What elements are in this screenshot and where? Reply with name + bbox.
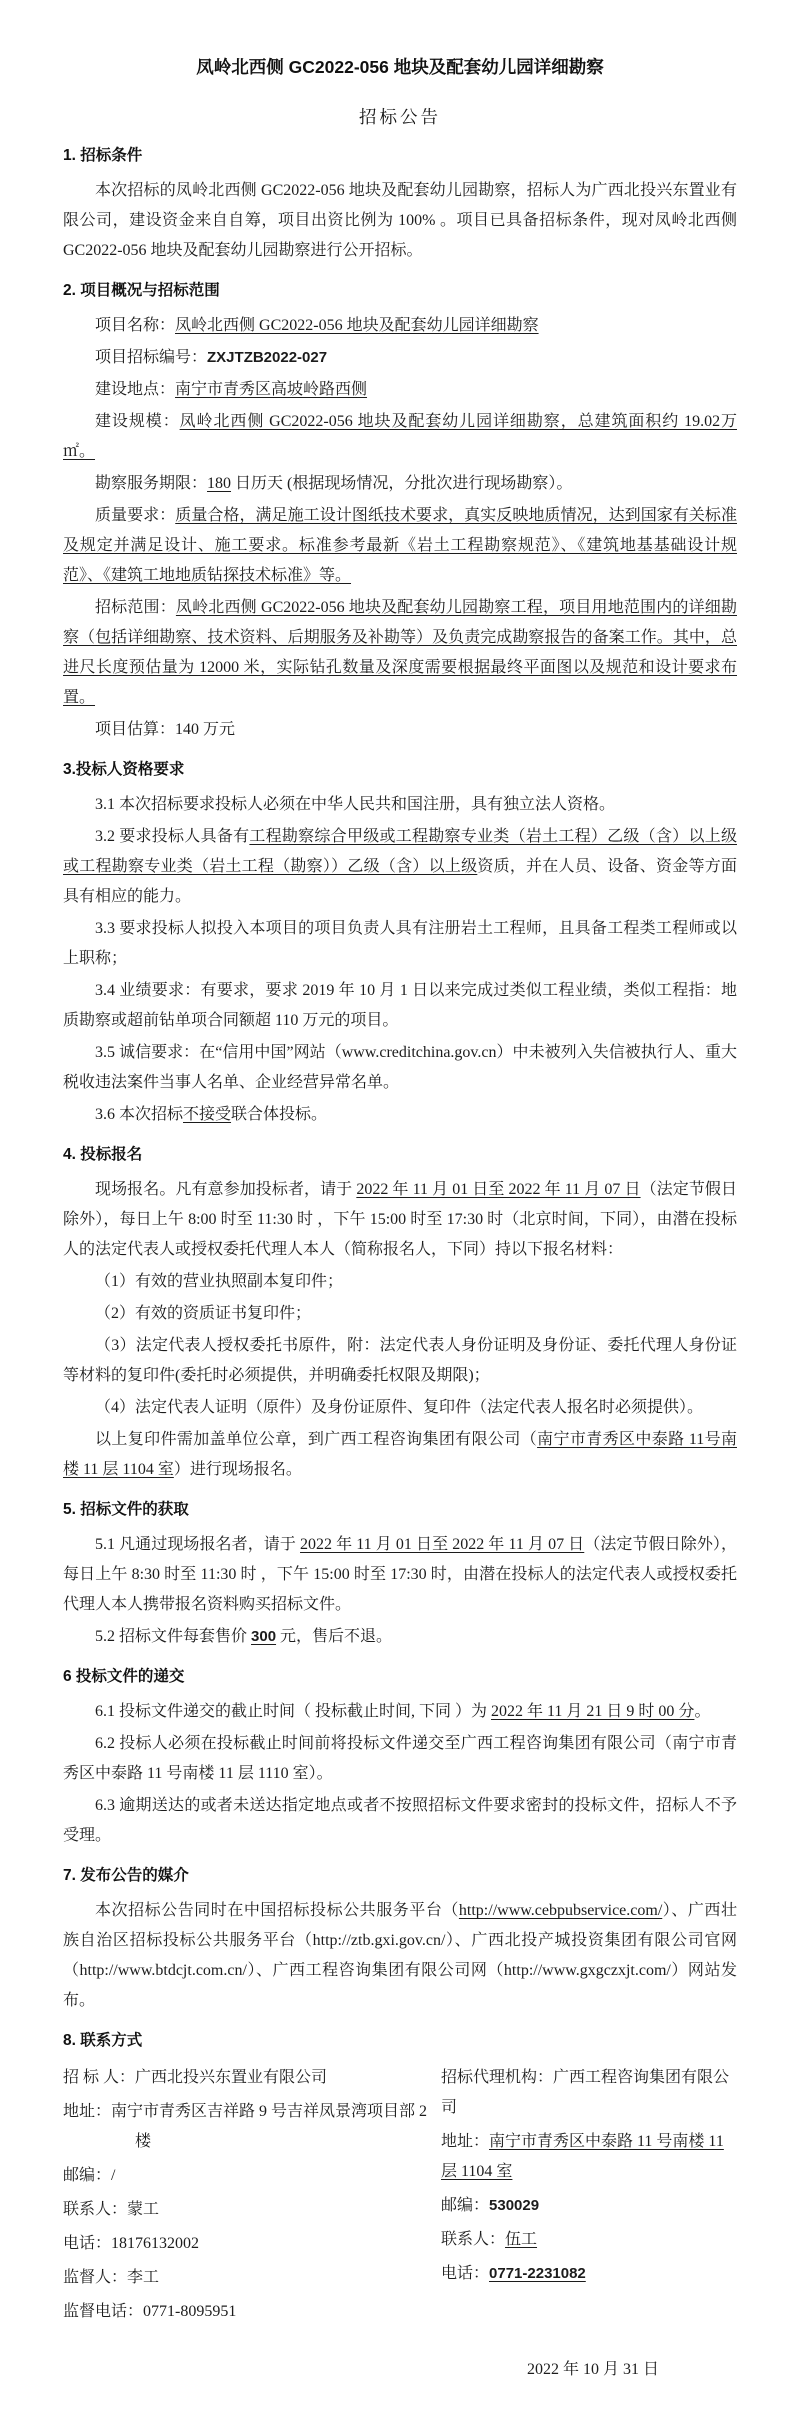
- period-row: 勘察服务期限：180 日历天 (根据现场情况，分批次进行现场勘察）。: [63, 469, 737, 499]
- section-8-heading: 8. 联系方式: [63, 2029, 737, 2053]
- bidder-value: 广西北投兴东置业有限公司: [135, 2069, 327, 2086]
- document-subtitle: 招标公告: [63, 104, 737, 130]
- quality-row: 质量要求：质量合格，满足施工设计图纸技术要求，真实反映地质情况，达到国家有关标准…: [63, 501, 737, 591]
- clause-3-1: 3.1 本次招标要求投标人必须在中华人民共和国注册，具有独立法人资格。: [63, 790, 737, 820]
- clause-6-1-rest: 。: [694, 1703, 710, 1720]
- tender-announcement-document: 凤岭北西侧 GC2022-056 地块及配套幼儿园详细勘察 招标公告 1. 招标…: [0, 0, 800, 2425]
- agency-phone-row: 电话：0771-2231082: [441, 2259, 737, 2289]
- estimate-row: 项目估算：140 万元: [63, 715, 737, 745]
- bidder-zip-label: 邮编：: [63, 2167, 111, 2184]
- project-name-label: 项目名称：: [95, 317, 175, 334]
- clause-3-6: 3.6 本次招标不接受联合体投标。: [63, 1100, 737, 1130]
- registration-address-paragraph: 以上复印件需加盖单位公章，到广西工程咨询集团有限公司（南宁市青秀区中泰路 11号…: [63, 1425, 737, 1485]
- agency-zip-label: 邮编：: [441, 2197, 489, 2214]
- scope-row: 招标范围：凤岭北西侧 GC2022-056 地块及配套幼儿园勘察工程，项目用地范…: [63, 593, 737, 713]
- clause-5-1: 5.1 凡通过现场报名者，请于 2022 年 11 月 01 日至 2022 年…: [63, 1530, 737, 1620]
- clause-5-1-lead: 5.1 凡通过现场报名者，请于: [95, 1536, 300, 1553]
- clause-3-5: 3.5 诚信要求：在“信用中国”网站（www.creditchina.gov.c…: [63, 1038, 737, 1098]
- period-label: 勘察服务期限：: [95, 475, 207, 492]
- section-3-heading: 3.投标人资格要求: [63, 758, 737, 782]
- clause-6-1-lead: 6.1 投标文件递交的截止时间（ 投标截止时间, 下同 ）为: [95, 1703, 491, 1720]
- bidder-phone-label: 电话：: [63, 2235, 111, 2252]
- clause-3-2: 3.2 要求投标人具备有工程勘察综合甲级或工程勘察专业类（岩土工程）乙级（含）以…: [63, 822, 737, 912]
- site-value: 南宁市青秀区高坡岭路西侧: [175, 381, 367, 398]
- agency-row: 招标代理机构：广西工程咨询集团有限公司: [441, 2063, 737, 2123]
- agency-zip-value: 530029: [489, 2197, 539, 2214]
- registration-date-range: 2022 年 11 月 01 日至 2022 年 11 月 07 日: [356, 1181, 640, 1198]
- document-date: 2022 年 10 月 31 日: [63, 2355, 737, 2385]
- clause-3-3: 3.3 要求投标人拟投入本项目的项目负责人具有注册岩土工程师，且具备工程类工程师…: [63, 914, 737, 974]
- site-label: 建设地点：: [95, 381, 175, 398]
- scale-label: 建设规模：: [95, 413, 180, 430]
- bidder-phone-row: 电话：18176132002: [63, 2229, 431, 2259]
- agency-phone-label: 电话：: [441, 2265, 489, 2282]
- quality-label: 质量要求：: [95, 507, 175, 524]
- clause-6-2: 6.2 投标人必须在投标截止时间前将投标文件递交至广西工程咨询集团有限公司（南宁…: [63, 1729, 737, 1789]
- material-item-1: （1）有效的营业执照副本复印件；: [63, 1267, 737, 1297]
- supervisor-label: 监督人：: [63, 2269, 127, 2286]
- site-row: 建设地点：南宁市青秀区高坡岭路西侧: [63, 375, 737, 405]
- clause-3-6-rest: 联合体投标。: [231, 1106, 327, 1123]
- registration-address-lead: 以上复印件需加盖单位公章，到广西工程咨询集团有限公司（: [95, 1431, 537, 1448]
- section-1-paragraph: 本次招标的凤岭北西侧 GC2022-056 地块及配套幼儿园勘察，招标人为广西北…: [63, 176, 737, 266]
- submission-deadline-value: 2022 年 11 月 21 日 9 时 00 分: [491, 1703, 694, 1720]
- supervisor-phone-value: 0771-8095951: [143, 2303, 236, 2320]
- material-item-2: （2）有效的资质证书复印件；: [63, 1299, 737, 1329]
- agency-contact-value: 伍工: [505, 2231, 537, 2248]
- bidder-address-label: 地址：: [63, 2103, 111, 2120]
- section-7-heading: 7. 发布公告的媒介: [63, 1864, 737, 1888]
- supervisor-row: 监督人：李工: [63, 2263, 431, 2293]
- section-2-heading: 2. 项目概况与招标范围: [63, 279, 737, 303]
- bidder-contact-value: 蒙工: [127, 2201, 159, 2218]
- clause-5-2-rest: 元，售后不退。: [276, 1628, 392, 1645]
- bidder-contact-column: 招 标 人：广西北投兴东置业有限公司 地址：南宁市青秀区吉祥路 9 号吉祥凤景湾…: [63, 2063, 431, 2331]
- agency-zip-row: 邮编：530029: [441, 2191, 737, 2221]
- clause-3-6-lead: 3.6 本次招标: [95, 1106, 183, 1123]
- bidder-address-row: 地址：南宁市青秀区吉祥路 9 号吉祥凤景湾项目部 2 楼: [63, 2097, 431, 2157]
- clause-5-2: 5.2 招标文件每套售价 300 元，售后不退。: [63, 1622, 737, 1652]
- project-code-label: 项目招标编号：: [95, 349, 207, 366]
- material-item-4: （4）法定代表人证明（原件）及身份证原件、复印件（法定代表人报名时必须提供）。: [63, 1393, 737, 1423]
- section-5-heading: 5. 招标文件的获取: [63, 1498, 737, 1522]
- bidder-address-value: 南宁市青秀区吉祥路 9 号吉祥凤景湾项目部 2 楼: [111, 2103, 427, 2150]
- cebpubservice-link[interactable]: http://www.cebpubservice.com/: [459, 1902, 662, 1919]
- registration-address-rest: ）进行现场报名。: [174, 1461, 302, 1478]
- registration-lead: 现场报名。凡有意参加投标者，请于: [95, 1181, 356, 1198]
- bidder-zip-row: 邮编：/: [63, 2161, 431, 2191]
- contact-block: 招 标 人：广西北投兴东置业有限公司 地址：南宁市青秀区吉祥路 9 号吉祥凤景湾…: [63, 2063, 737, 2331]
- agency-phone-value: 0771-2231082: [489, 2265, 586, 2282]
- bidder-contact-row: 联系人：蒙工: [63, 2195, 431, 2225]
- clause-6-3: 6.3 逾期送达的或者未送达指定地点或者不按照招标文件要求密封的投标文件，招标人…: [63, 1791, 737, 1851]
- agency-address-row: 地址：南宁市青秀区中泰路 11 号南楼 11 层 1104 室: [441, 2127, 737, 2187]
- scale-row: 建设规模：凤岭北西侧 GC2022-056 地块及配套幼儿园详细勘察，总建筑面积…: [63, 407, 737, 467]
- supervisor-phone-row: 监督电话：0771-8095951: [63, 2297, 431, 2327]
- section-4-heading: 4. 投标报名: [63, 1143, 737, 1167]
- bidder-contact-label: 联系人：: [63, 2201, 127, 2218]
- agency-contact-label: 联系人：: [441, 2231, 505, 2248]
- section-6-heading: 6 投标文件的递交: [63, 1665, 737, 1689]
- bidder-zip-value: /: [111, 2167, 115, 2184]
- clause-3-4: 3.4 业绩要求：有要求，要求 2019 年 10 月 1 日以来完成过类似工程…: [63, 976, 737, 1036]
- bidder-phone-value: 18176132002: [111, 2235, 199, 2252]
- agency-address-label: 地址：: [441, 2133, 489, 2150]
- scope-label: 招标范围：: [95, 599, 176, 616]
- document-title: 凤岭北西侧 GC2022-056 地块及配套幼儿园详细勘察: [63, 54, 737, 80]
- period-rest: 日历天 (根据现场情况，分批次进行现场勘察）。: [231, 475, 572, 492]
- clause-6-1: 6.1 投标文件递交的截止时间（ 投标截止时间, 下同 ）为 2022 年 11…: [63, 1697, 737, 1727]
- clause-3-2-lead: 3.2 要求投标人具备有: [95, 828, 249, 845]
- project-name-row: 项目名称：凤岭北西侧 GC2022-056 地块及配套幼儿园详细勘察: [63, 311, 737, 341]
- agency-contact-column: 招标代理机构：广西工程咨询集团有限公司 地址：南宁市青秀区中泰路 11 号南楼 …: [441, 2063, 737, 2331]
- clause-5-2-lead: 5.2 招标文件每套售价: [95, 1628, 251, 1645]
- project-code-row: 项目招标编号：ZXJTZB2022-027: [63, 343, 737, 373]
- supervisor-phone-label: 监督电话：: [63, 2303, 143, 2320]
- media-paragraph: 本次招标公告同时在中国招标投标公共服务平台（http://www.cebpubs…: [63, 1896, 737, 2016]
- media-lead: 本次招标公告同时在中国招标投标公共服务平台（: [95, 1902, 459, 1919]
- material-item-3: （3）法定代表人授权委托书原件，附：法定代表人身份证明及身份证、委托代理人身份证…: [63, 1331, 737, 1391]
- bidder-row: 招 标 人：广西北投兴东置业有限公司: [63, 2063, 431, 2093]
- document-price-value: 300: [251, 1628, 276, 1645]
- agency-label: 招标代理机构：: [441, 2069, 553, 2086]
- bidder-label: 招 标 人：: [63, 2069, 135, 2086]
- project-code-value: ZXJTZB2022-027: [207, 349, 327, 366]
- clause-5-1-date-range: 2022 年 11 月 01 日至 2022 年 11 月 07 日: [300, 1536, 584, 1553]
- registration-paragraph: 现场报名。凡有意参加投标者，请于 2022 年 11 月 01 日至 2022 …: [63, 1175, 737, 1265]
- agency-contact-row: 联系人：伍工: [441, 2225, 737, 2255]
- section-1-heading: 1. 招标条件: [63, 144, 737, 168]
- supervisor-value: 李工: [127, 2269, 159, 2286]
- clause-3-6-not-accept: 不接受: [183, 1106, 231, 1123]
- period-days-value: 180: [207, 475, 231, 492]
- project-name-value: 凤岭北西侧 GC2022-056 地块及配套幼儿园详细勘察: [175, 317, 539, 334]
